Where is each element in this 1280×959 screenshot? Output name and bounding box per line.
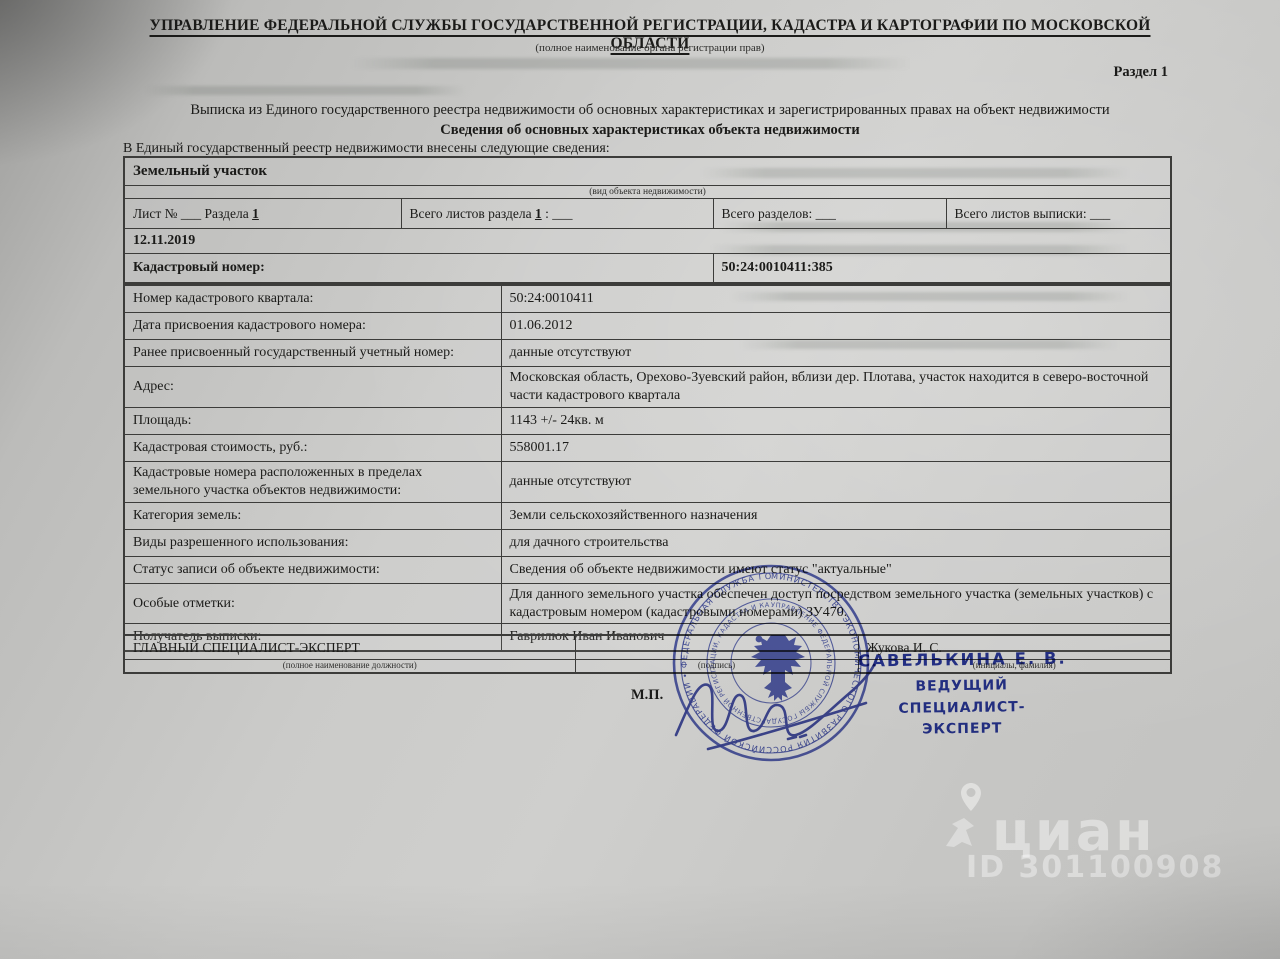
table-row: Адрес:Московская область, Орехово-Зуевск… <box>124 367 1171 408</box>
row-label: Ранее присвоенный государственный учетны… <box>124 340 501 367</box>
object-type-caption: (вид объекта недвижимости) <box>124 186 1171 199</box>
total-sections-cell: Всего разделов: ___ <box>713 199 946 229</box>
sheet-number-cell: Лист № ___ Раздела 1 <box>124 199 401 229</box>
table-row: Дата присвоения кадастрового номера:01.0… <box>124 313 1171 340</box>
row-value: Земли сельскохозяйственного назначения <box>501 502 1171 529</box>
table-row: Категория земель:Земли сельскохозяйствен… <box>124 502 1171 529</box>
row-label: Адрес: <box>124 367 501 408</box>
stamp-officer-name: САВЕЛЬКИНА Е. В. <box>858 648 1078 670</box>
row-label: Особые отметки: <box>124 583 501 624</box>
scanned-document-photo: УПРАВЛЕНИЕ ФЕДЕРАЛЬНОЙ СЛУЖБЫ ГОСУДАРСТВ… <box>0 0 1280 959</box>
row-label: Статус записи об объекте недвижимости: <box>124 556 501 583</box>
object-table: Земельный участок (вид объекта недвижимо… <box>123 156 1172 284</box>
cian-watermark-id: ID 301100908 <box>966 850 1224 885</box>
table-row: Кадастровая стоимость, руб.:558001.17 <box>124 434 1171 461</box>
row-value: 558001.17 <box>501 434 1171 461</box>
sheets-in-section-cell: Всего листов раздела 1 : ___ <box>401 199 713 229</box>
cadastral-number-label: Кадастровый номер: <box>124 254 713 284</box>
row-label: Номер кадастрового квартала: <box>124 285 501 313</box>
table-row: Кадастровые номера расположенных в преде… <box>124 461 1171 502</box>
row-label: Площадь: <box>124 407 501 434</box>
header-caption: (полное наименование органа регистрации … <box>128 42 1172 54</box>
location-pin-icon <box>960 782 982 812</box>
object-type: Земельный участок <box>124 157 1171 186</box>
intro-line: В Единый государственный реестр недвижим… <box>123 141 610 157</box>
section-label: Раздел 1 <box>1114 64 1168 81</box>
total-sheets-cell: Всего листов выписки: ___ <box>946 199 1171 229</box>
row-value: Московская область, Орехово-Зуевский рай… <box>501 367 1171 408</box>
doc-subtitle: Сведения об основных характеристиках объ… <box>120 122 1180 139</box>
row-value: данные отсутствуют <box>501 461 1171 502</box>
bleedthrough-line <box>350 58 910 69</box>
row-value: 01.06.2012 <box>501 313 1171 340</box>
row-value: 1143 +/- 24кв. м <box>501 407 1171 434</box>
doc-title: Выписка из Единого государственного реес… <box>120 102 1180 119</box>
row-label: Виды разрешенного использования: <box>124 529 501 556</box>
bleedthrough-line <box>145 86 465 95</box>
row-label: Кадастровая стоимость, руб.: <box>124 434 501 461</box>
cadastral-number-value: 50:24:0010411:385 <box>713 254 1171 284</box>
official-stamp: МИНИСТЕРСТВО ЭКОНОМИЧЕСКОГО РАЗВИТИЯ РОС… <box>638 553 908 788</box>
row-label: Кадастровые номера расположенных в преде… <box>124 461 501 502</box>
position-cell: ГЛАВНЫЙ СПЕЦИАЛИСТ-ЭКСПЕРТ <box>124 635 575 660</box>
row-value: данные отсутствуют <box>501 340 1171 367</box>
position-caption: (полное наименование должности) <box>124 660 575 674</box>
row-label: Дата присвоения кадастрового номера: <box>124 313 501 340</box>
extract-date: 12.11.2019 <box>124 229 1171 254</box>
eagle-emblem-icon <box>751 635 805 701</box>
table-row: Номер кадастрового квартала:50:24:001041… <box>124 285 1171 313</box>
table-row: Площадь:1143 +/- 24кв. м <box>124 407 1171 434</box>
stamp-officer-title: ВЕДУЩИЙ СПЕЦИАЛИСТ- ЭКСПЕРТ <box>862 675 1063 743</box>
row-value: 50:24:0010411 <box>501 285 1171 313</box>
row-label: Категория земель: <box>124 502 501 529</box>
cian-logo-glyph <box>944 812 978 848</box>
table-row: Ранее присвоенный государственный учетны… <box>124 340 1171 367</box>
